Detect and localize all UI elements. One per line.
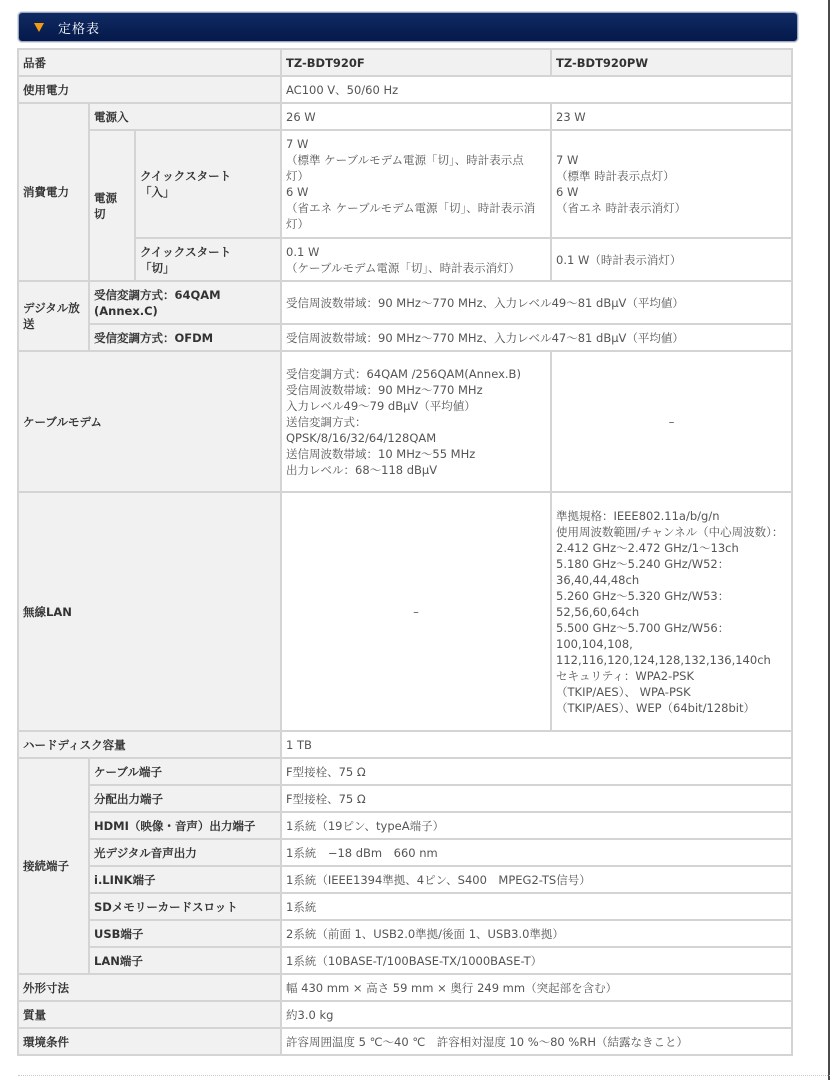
model-pw: TZ-BDT920PW bbox=[551, 49, 792, 76]
table-row: 消費電力 電源入 26 W 23 W bbox=[18, 103, 792, 130]
row-label-dimensions: 外形寸法 bbox=[18, 974, 281, 1001]
terminal-value: 1系統（19ピン、typeA端子） bbox=[281, 812, 792, 839]
table-row: 分配出力端子 F型接栓、75 Ω bbox=[18, 785, 792, 812]
table-row: 環境条件 許容周囲温度 5 ℃〜40 ℃ 許容相対湿度 10 %〜80 %RH（… bbox=[18, 1028, 792, 1055]
terminal-value: 1系統 bbox=[281, 893, 792, 920]
terminal-value: 2系統（前面 1、USB2.0準拠/後面 1、USB3.0準拠） bbox=[281, 920, 792, 947]
value-quick-off-pw: 0.1 W（時計表示消灯） bbox=[551, 238, 792, 281]
terminal-label: SDメモリーカードスロット bbox=[89, 893, 281, 920]
terminal-label: 光デジタル音声出力 bbox=[89, 839, 281, 866]
row-label-mass: 質量 bbox=[18, 1001, 281, 1028]
spec-section-header[interactable]: 定格表 bbox=[18, 12, 798, 42]
table-row: 外形寸法 幅 430 mm × 高さ 59 mm × 奥行 249 mm（突起部… bbox=[18, 974, 792, 1001]
table-row: LAN端子 1系統（10BASE-T/100BASE-TX/1000BASE-T… bbox=[18, 947, 792, 974]
value-cable-modem-pw: – bbox=[551, 351, 792, 492]
table-row: 電源 切 クイックスタート 「入」 7 W （標準 ケーブルモデム電源「切」、時… bbox=[18, 130, 792, 238]
value-64qam: 受信周波数帯域：90 MHz〜770 MHz、入力レベル49〜81 dBμV（平… bbox=[281, 281, 792, 324]
section-divider bbox=[18, 1075, 830, 1076]
row-label-wireless-lan: 無線LAN bbox=[18, 492, 281, 731]
row-label-consumption: 消費電力 bbox=[18, 103, 89, 281]
terminal-label: USB端子 bbox=[89, 920, 281, 947]
table-row: 無線LAN – 準拠規格：IEEE802.11a/b/g/n 使用周波数範囲/チ… bbox=[18, 492, 792, 731]
table-row: ハードディスク容量 1 TB bbox=[18, 731, 792, 758]
sub-label-power-on: 電源入 bbox=[89, 103, 281, 130]
row-label-environment: 環境条件 bbox=[18, 1028, 281, 1055]
table-row: HDMI（映像・音声）出力端子 1系統（19ピン、typeA端子） bbox=[18, 812, 792, 839]
value-dimensions: 幅 430 mm × 高さ 59 mm × 奥行 249 mm（突起部を含む） bbox=[281, 974, 792, 1001]
table-row: デジタル放送 受信変調方式：64QAM (Annex.C) 受信周波数帯域：90… bbox=[18, 281, 792, 324]
sub-label-quick-off: クイックスタート 「切」 bbox=[135, 238, 281, 281]
value-cable-modem-f: 受信変調方式：64QAM /256QAM(Annex.B) 受信周波数帯域：90… bbox=[281, 351, 551, 492]
terminal-value: 1系統（IEEE1394準拠、4ピン、S400 MPEG2-TS信号） bbox=[281, 866, 792, 893]
table-row: SDメモリーカードスロット 1系統 bbox=[18, 893, 792, 920]
terminal-value: F型接栓、75 Ω bbox=[281, 758, 792, 785]
value-ofdm: 受信周波数帯域：90 MHz〜770 MHz、入力レベル47〜81 dBμV（平… bbox=[281, 324, 792, 351]
terminal-label: HDMI（映像・音声）出力端子 bbox=[89, 812, 281, 839]
table-row: USB端子 2系統（前面 1、USB2.0準拠/後面 1、USB3.0準拠） bbox=[18, 920, 792, 947]
table-row: 受信変調方式：OFDM 受信周波数帯域：90 MHz〜770 MHz、入力レベル… bbox=[18, 324, 792, 351]
value-hdd: 1 TB bbox=[281, 731, 792, 758]
sub-label-power-off: 電源 切 bbox=[89, 130, 135, 281]
sub-label-ofdm: 受信変調方式：OFDM bbox=[89, 324, 281, 351]
row-label-power-supply: 使用電力 bbox=[18, 76, 281, 103]
table-row: 質量 約3.0 kg bbox=[18, 1001, 792, 1028]
terminal-value: 1系統 −18 dBm 660 nm bbox=[281, 839, 792, 866]
row-label-terminals: 接続端子 bbox=[18, 758, 89, 974]
terminal-label: ケーブル端子 bbox=[89, 758, 281, 785]
value-quick-on-pw: 7 W （標準 時計表示点灯） 6 W （省エネ 時計表示消灯） bbox=[551, 130, 792, 238]
value-power-on-pw: 23 W bbox=[551, 103, 792, 130]
value-power-on-f: 26 W bbox=[281, 103, 551, 130]
value-power-supply: AC100 V、50/60 Hz bbox=[281, 76, 792, 103]
sub-label-64qam: 受信変調方式：64QAM (Annex.C) bbox=[89, 281, 281, 324]
value-mass: 約3.0 kg bbox=[281, 1001, 792, 1028]
spec-table: 品番 TZ-BDT920F TZ-BDT920PW 使用電力 AC100 V、5… bbox=[17, 48, 793, 1056]
model-f: TZ-BDT920F bbox=[281, 49, 551, 76]
terminal-value: 1系統（10BASE-T/100BASE-TX/1000BASE-T） bbox=[281, 947, 792, 974]
terminal-label: i.LINK端子 bbox=[89, 866, 281, 893]
value-quick-on-f: 7 W （標準 ケーブルモデム電源「切」、時計表示点灯） 6 W （省エネ ケー… bbox=[281, 130, 551, 238]
section-title: 定格表 bbox=[58, 18, 100, 37]
terminal-label: 分配出力端子 bbox=[89, 785, 281, 812]
row-label-cable-modem: ケーブルモデム bbox=[18, 351, 281, 492]
row-label-digital: デジタル放送 bbox=[18, 281, 89, 351]
value-wireless-lan-pw: 準拠規格：IEEE802.11a/b/g/n 使用周波数範囲/チャンネル（中心周… bbox=[551, 492, 792, 731]
terminal-value: F型接栓、75 Ω bbox=[281, 785, 792, 812]
value-environment: 許容周囲温度 5 ℃〜40 ℃ 許容相対湿度 10 %〜80 %RH（結露なきこ… bbox=[281, 1028, 792, 1055]
table-row: クイックスタート 「切」 0.1 W （ケーブルモデム電源「切」、時計表示消灯）… bbox=[18, 238, 792, 281]
table-row: 使用電力 AC100 V、50/60 Hz bbox=[18, 76, 792, 103]
triangle-down-icon[interactable] bbox=[34, 23, 44, 32]
value-wireless-lan-f: – bbox=[281, 492, 551, 731]
row-label-model: 品番 bbox=[18, 49, 281, 76]
table-row: ケーブルモデム 受信変調方式：64QAM /256QAM(Annex.B) 受信… bbox=[18, 351, 792, 492]
table-row: 光デジタル音声出力 1系統 −18 dBm 660 nm bbox=[18, 839, 792, 866]
table-row: i.LINK端子 1系統（IEEE1394準拠、4ピン、S400 MPEG2-T… bbox=[18, 866, 792, 893]
terminal-label: LAN端子 bbox=[89, 947, 281, 974]
sub-label-quick-on: クイックスタート 「入」 bbox=[135, 130, 281, 238]
table-row: 品番 TZ-BDT920F TZ-BDT920PW bbox=[18, 49, 792, 76]
row-label-hdd: ハードディスク容量 bbox=[18, 731, 281, 758]
table-row: 接続端子 ケーブル端子 F型接栓、75 Ω bbox=[18, 758, 792, 785]
value-quick-off-f: 0.1 W （ケーブルモデム電源「切」、時計表示消灯） bbox=[281, 238, 551, 281]
